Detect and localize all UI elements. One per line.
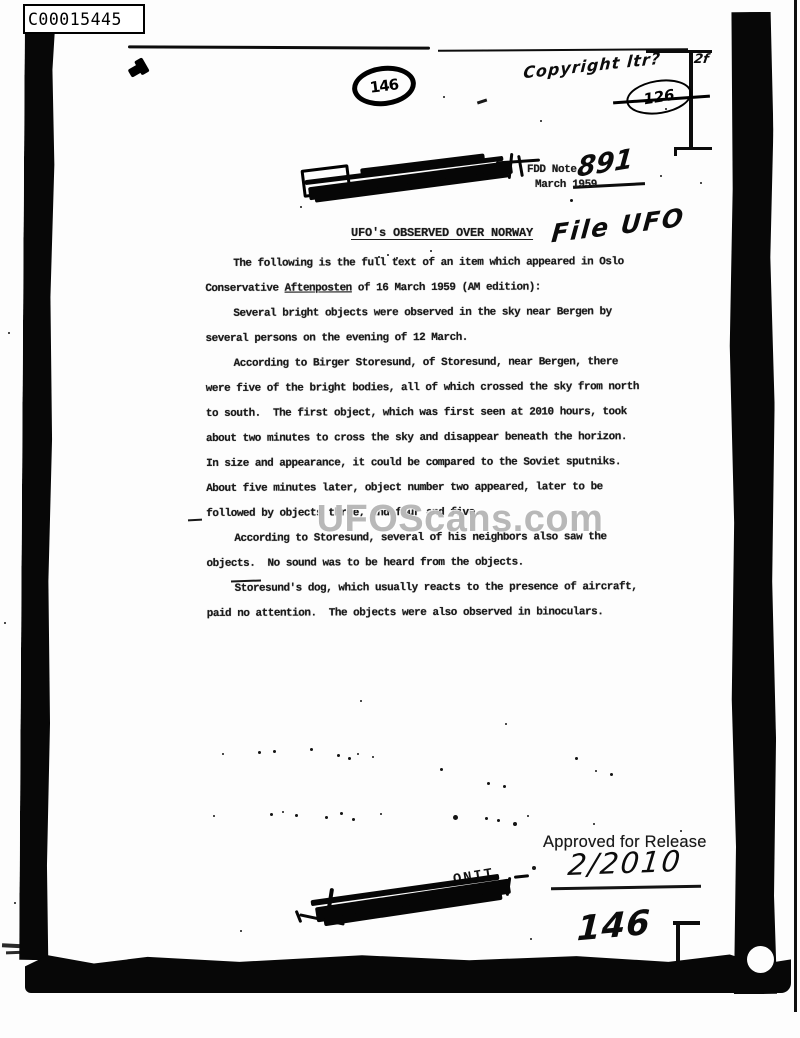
scan-speck bbox=[352, 818, 355, 821]
scan-speck bbox=[530, 938, 532, 940]
scan-speck bbox=[595, 770, 597, 772]
body-text-line: to south. The first object, which was fi… bbox=[206, 406, 654, 433]
body-text-line: According to Birger Storesund, of Stores… bbox=[206, 356, 654, 383]
scan-speck bbox=[700, 182, 702, 184]
scan-speck bbox=[14, 902, 16, 904]
scan-speck bbox=[453, 815, 458, 820]
ink-mark bbox=[188, 519, 202, 522]
scan-speck bbox=[360, 700, 362, 702]
scan-speck bbox=[396, 257, 398, 259]
scan-speck bbox=[387, 254, 389, 256]
scan-speck bbox=[295, 814, 298, 817]
scan-speck bbox=[487, 782, 490, 785]
document-body-text: The following is the full text of an ite… bbox=[205, 256, 655, 633]
scan-speck bbox=[258, 751, 261, 754]
corner-bracket-top bbox=[674, 147, 677, 156]
underline-mark bbox=[551, 885, 701, 890]
handwritten-arrow-icon bbox=[126, 55, 151, 84]
handwritten-copyright-note: Copyright ltr? bbox=[523, 49, 662, 83]
scan-speck bbox=[8, 332, 10, 334]
body-text-line: Conservative Aftenposten of 16 March 195… bbox=[205, 281, 653, 308]
scan-speck bbox=[505, 723, 507, 725]
scan-speck bbox=[213, 815, 215, 817]
document-id-box: C00015445 bbox=[23, 4, 145, 34]
scan-speck bbox=[660, 175, 662, 177]
body-text-line: Storesund's dog, which usually reacts to… bbox=[207, 581, 655, 608]
body-text-line: objects. No sound was to be heard from t… bbox=[206, 556, 654, 583]
scan-speck bbox=[372, 756, 374, 758]
corner-bracket-top bbox=[674, 147, 712, 150]
handwritten-file-note: File UFO bbox=[550, 203, 686, 249]
ink-mark bbox=[477, 99, 487, 104]
body-text-line: about two minutes to cross the sky and d… bbox=[206, 431, 654, 458]
scan-speck bbox=[610, 773, 613, 776]
scan-speck bbox=[348, 757, 351, 760]
body-text-line: several persons on the evening of 12 Mar… bbox=[206, 331, 654, 358]
scan-speck bbox=[240, 930, 242, 932]
body-text-line: were five of the bright bodies, all of w… bbox=[206, 381, 654, 408]
scan-speck bbox=[222, 753, 224, 755]
handwritten-note-number: 891 bbox=[576, 143, 634, 184]
scan-speck bbox=[270, 813, 273, 816]
scan-speck bbox=[378, 256, 380, 258]
scan-speck bbox=[575, 757, 578, 760]
circled-page-number: 146 bbox=[350, 62, 418, 110]
scan-speck bbox=[540, 120, 542, 122]
scan-speck bbox=[497, 819, 500, 822]
handwritten-page-number: 146 bbox=[576, 903, 652, 950]
scan-speck bbox=[380, 813, 382, 815]
scan-speck bbox=[570, 199, 573, 202]
scan-speck bbox=[443, 96, 445, 98]
body-text-line: The following is the full text of an ite… bbox=[205, 256, 653, 283]
scan-speck bbox=[527, 815, 529, 817]
scan-speck bbox=[337, 754, 340, 757]
scan-speck bbox=[430, 250, 432, 252]
body-text-line: Several bright objects were observed in … bbox=[205, 306, 653, 333]
scan-speck bbox=[503, 785, 506, 788]
scan-speck bbox=[325, 816, 328, 819]
document-title: UFO's OBSERVED OVER NORWAY bbox=[351, 226, 533, 240]
redaction-scribble-top: LY bbox=[300, 152, 540, 207]
scan-speck bbox=[665, 108, 667, 110]
document-id: C00015445 bbox=[25, 10, 122, 29]
handwritten-release-date: 2/2010 bbox=[566, 844, 684, 882]
corner-bracket-bottom bbox=[676, 921, 680, 963]
scan-speck bbox=[310, 748, 313, 751]
watermark: UFOScans.com bbox=[290, 498, 630, 541]
scan-speck bbox=[513, 822, 517, 826]
scan-border-right bbox=[728, 12, 777, 994]
scan-speck bbox=[282, 811, 284, 813]
scanned-document-page: C00015445 146 Copyright ltr? 126 2f LY F… bbox=[0, 0, 800, 1038]
scan-border-left bbox=[19, 13, 56, 960]
redaction-scribble-bottom: ONIT bbox=[295, 860, 535, 938]
scan-scratch-line bbox=[128, 45, 430, 49]
scan-speck bbox=[440, 768, 443, 771]
scan-speck bbox=[357, 753, 359, 755]
handwritten-corner-note: 2f bbox=[693, 52, 710, 67]
body-text-line: paid no attention. The objects were also… bbox=[207, 606, 655, 633]
scan-edge-line bbox=[794, 0, 797, 1012]
body-text-line: In size and appearance, it could be comp… bbox=[206, 456, 654, 483]
scan-notch bbox=[747, 946, 774, 973]
scan-speck bbox=[4, 622, 6, 624]
scan-speck bbox=[485, 817, 488, 820]
scan-speck bbox=[593, 823, 595, 825]
scan-speck bbox=[340, 812, 343, 815]
scan-speck bbox=[273, 750, 276, 753]
scan-speck bbox=[680, 830, 682, 832]
